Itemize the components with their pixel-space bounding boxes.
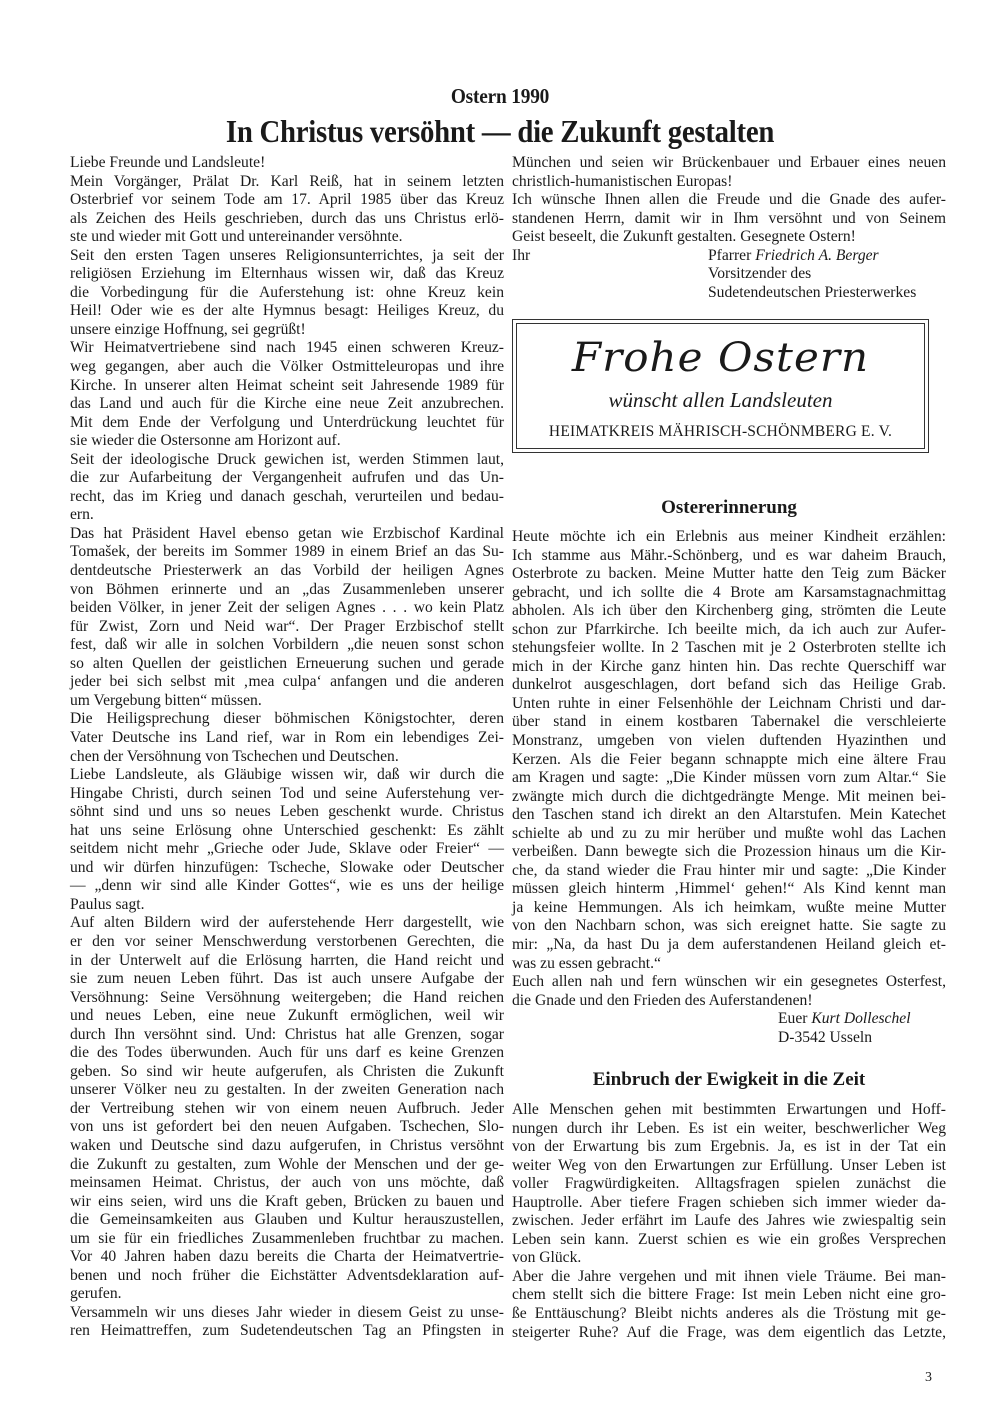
text-line: die Vorbedingung für die Auferstehung is… xyxy=(70,284,504,303)
text-line: geben. So sind wir heute aufgerufen, als… xyxy=(70,1063,504,1082)
text-line: fest, daß wir alle in solchen Vorbildern… xyxy=(70,636,504,655)
text-line: Seit der ideologische Druck gewichen ist… xyxy=(70,451,504,470)
text-line: Seit den ersten Tagen unseres Religionsu… xyxy=(70,247,504,266)
text-line: Versammeln wir uns dieses Jahr wieder in… xyxy=(70,1304,504,1323)
signature-role: Vorsitzender des xyxy=(512,265,946,284)
text-line: Paulus sagt. xyxy=(70,896,504,915)
greeting-organization: HEIMATKREIS MÄHRISCH-SCHÖNMBERG E. V. xyxy=(517,423,924,441)
text-line: zwängte mich durch die dichtgedrängte Me… xyxy=(512,788,946,807)
text-line: von den Nachbarn schon, was sich ereigne… xyxy=(512,917,946,936)
text-line: unsere einzige Hoffnung, sei gegrüßt! xyxy=(70,321,504,340)
easter-greeting-box: Frohe Ostern wünscht allen Landsleuten H… xyxy=(512,319,929,453)
text-line: ste und wieder mit Gott und untereinande… xyxy=(70,228,504,247)
page-kicker: Ostern 1990 xyxy=(40,84,960,109)
text-line: die Gnade und den Frieden des Auferstand… xyxy=(512,992,946,1011)
text-line: das Land und auch für die Kirche eine ne… xyxy=(70,395,504,414)
text-line: er den vor seiner Menschwerdung verstorb… xyxy=(70,933,504,952)
text-line: von der Erwartung bis zum Ergebnis. Ja, … xyxy=(512,1138,946,1157)
text-line: in der Unterwelt auf die Erlösung harrte… xyxy=(70,952,504,971)
text-line: beiden Völker, in jener Zeit der seligen… xyxy=(70,599,504,618)
text-line: was zu essen gebracht.“ xyxy=(512,955,946,974)
signature-name: Friedrich A. Berger xyxy=(755,247,878,264)
text-line: hat uns seine Erlösung ohne Unterschied … xyxy=(70,822,504,841)
letter-signature: IhrPfarrer Friedrich A. Berger xyxy=(512,247,946,266)
text-line: und neues Leben, eine neue Zukunft ermög… xyxy=(70,1007,504,1026)
text-line: die Zukunft zu gestalten, zum Wohle der … xyxy=(70,1156,504,1175)
text-line: Heil! Oder wie es der alte Hymnus besagt… xyxy=(70,302,504,321)
text-line: meinsamen Heimat. Christus, der auch von… xyxy=(70,1174,504,1193)
text-line: gebracht, und ich sollte die 4 Brote am … xyxy=(512,584,946,603)
text-line: chen der Versöhnung von Tschechen und De… xyxy=(70,748,504,767)
text-line: Euch allen nah und fern wünschen wir ein… xyxy=(512,973,946,992)
text-line: söhnt sind und uns so neues Leben gesche… xyxy=(70,803,504,822)
text-line: sie zum neuen Leben führt. Das ist auch … xyxy=(70,970,504,989)
ostererinnerung-signature: Euer Kurt Dolleschel xyxy=(512,1010,946,1029)
text-line: ern. xyxy=(70,506,504,525)
text-line: dunkelrot ausgeschlagen, dort befand sic… xyxy=(512,676,946,695)
text-line: steigerter Ruhe? Auf die Frage, was dem … xyxy=(512,1324,946,1343)
signature-address: D-3542 Usseln xyxy=(778,1029,872,1046)
text-line: von Glück. xyxy=(512,1249,946,1268)
text-line: Vor 40 Jahren haben dazu bereits die Cha… xyxy=(70,1248,504,1267)
text-line: Hingabe Christi, durch seinen Tod und se… xyxy=(70,785,504,804)
text-line: Das hat Präsident Havel ebenso getan wie… xyxy=(70,525,504,544)
text-line: als Zeichen des Heils geschrieben, durch… xyxy=(70,210,504,229)
text-line: um Vergebung bitten“ müssen. xyxy=(70,692,504,711)
signature-organization: Sudetendeutschen Priesterwerkes xyxy=(512,284,946,303)
text-line: ja keine Hemmungen. Als ich heimkam, wuß… xyxy=(512,899,946,918)
text-line: seitdem nicht mehr „Grieche oder Jude, S… xyxy=(70,840,504,859)
greeting-subtitle: wünscht allen Landsleuten xyxy=(517,388,924,413)
text-line: Heute möchte ich ein Erlebnis aus meiner… xyxy=(512,528,946,547)
ostererinnerung-address: D-3542 Usseln xyxy=(512,1029,946,1048)
signature-closing: Euer xyxy=(778,1010,807,1027)
text-line: Geist beseelt, die Zukunft gestalten. Ge… xyxy=(512,228,946,247)
text-line: Osterbrief vor seinem Tode am 17. April … xyxy=(70,191,504,210)
signature-role-line-2: Sudetendeutschen Priesterwerkes xyxy=(708,284,916,301)
signature-role-line-1: Vorsitzender des xyxy=(708,265,811,282)
text-line: so alten Quellen der geistlichen Erneuer… xyxy=(70,655,504,674)
text-line: weiter Weg von den Erwartungen zur Erfül… xyxy=(512,1157,946,1176)
text-line: standenen Herrn, damit wir in Ihm versöh… xyxy=(512,210,946,229)
text-line: jeder bei sich selbst mit ‚mea culpa‘ an… xyxy=(70,673,504,692)
text-line: um sie für ein friedliches Zusammenleben… xyxy=(70,1230,504,1249)
text-line: ße Enttäuschung? Bleibt nichts anderes a… xyxy=(512,1305,946,1324)
text-line: von Böhmen erinnerte und an „das Zusamme… xyxy=(70,581,504,600)
text-line: Kerzen. Als die Feier begann schnappte m… xyxy=(512,751,946,770)
signature-title: Pfarrer xyxy=(708,247,751,264)
text-line: Mein Vorgänger, Prälat Dr. Karl Reiß, ha… xyxy=(70,173,504,192)
text-line: verbeißen. Dann bewegte sich die Prozess… xyxy=(512,843,946,862)
text-line: die des Todes überwunden. Auch für uns d… xyxy=(70,1044,504,1063)
text-line: Aber die Jahre vergehen und mit ihnen vi… xyxy=(512,1268,946,1287)
text-line: die zur Aufarbeitung der Vergangenheit a… xyxy=(70,469,504,488)
article-einbruch-der-ewigkeit: Alle Menschen gehen mit bestimmten Erwar… xyxy=(512,1101,946,1342)
text-line: Monstranz, umgeben von vielen duftenden … xyxy=(512,732,946,751)
text-line: nungen durch ihr Leben. Es ist ein weite… xyxy=(512,1120,946,1139)
text-line: unserer Völker neu zu gestalten. In der … xyxy=(70,1081,504,1100)
text-line: waken und Deutsche sind dazu aufgerufen,… xyxy=(70,1137,504,1156)
text-line: Mit dem Ende der Verfolgung und Unterdrü… xyxy=(70,414,504,433)
text-line: Auf alten Bildern wird der auferstehende… xyxy=(70,914,504,933)
text-line: wir eins seien, wird uns die Kraft geben… xyxy=(70,1193,504,1212)
text-line: chem stellt sich die bittere Frage: Ist … xyxy=(512,1286,946,1305)
text-line: Vater Deutsche ins Land rief, war in Rom… xyxy=(70,729,504,748)
text-line: München und seien wir Brückenbauer und E… xyxy=(512,154,946,173)
text-line: Osterbrote zu backen. Meine Mutter hatte… xyxy=(512,565,946,584)
text-line: recht, das im Krieg und danach geschah, … xyxy=(70,488,504,507)
text-line: benen und noch früher die Eichstätter Ad… xyxy=(70,1267,504,1286)
text-line: für Zwist, Zorn und Neid war“. Der Prage… xyxy=(70,618,504,637)
text-line: voller Fragwürdigkeiten. Alltagsfragen s… xyxy=(512,1175,946,1194)
text-line: Ich wünsche Ihnen allen die Freude und d… xyxy=(512,191,946,210)
text-line: abholen. Als ich über den Kirchenberg gi… xyxy=(512,602,946,621)
text-line: christlich-humanistischen Europas! xyxy=(512,173,946,192)
text-line: gerufen. xyxy=(70,1285,504,1304)
text-line: schon zur Pfarrkirche. Ich beeilte mich,… xyxy=(512,621,946,640)
signature-name: Kurt Dolleschel xyxy=(811,1010,910,1027)
page-title: In Christus versöhnt — die Zukunft gesta… xyxy=(50,113,950,150)
greeting-script-headline: Frohe Ostern xyxy=(507,324,934,380)
text-line: Unten ruhte in einer Felsenhöhle der Lei… xyxy=(512,695,946,714)
heading-ostererinnerung: Ostererinnerung xyxy=(512,497,946,519)
text-line: Alle Menschen gehen mit bestimmten Erwar… xyxy=(512,1101,946,1120)
text-line: Liebe Freunde und Landsleute! xyxy=(70,154,504,173)
text-line: müssen gleich hinterm ‚Himmel‘ gehen!“ A… xyxy=(512,880,946,899)
text-line: Tomašek, der bereits im Sommer 1989 in e… xyxy=(70,543,504,562)
signature-closing: Ihr xyxy=(512,247,708,266)
text-line: und wir dürfen hinzufügen: Tscheche, Slo… xyxy=(70,859,504,878)
text-line: Versöhnung: Seine Versöhnung weitergeben… xyxy=(70,989,504,1008)
text-line: sie wieder die Ostersonne am Horizont au… xyxy=(70,432,504,451)
right-column-letter-end: München und seien wir Brückenbauer und E… xyxy=(512,154,946,302)
text-line: religiösen Erziehung im Elternhaus wisse… xyxy=(70,265,504,284)
text-line: — „denn wir sind alle Kinder Gottes“, wi… xyxy=(70,877,504,896)
text-line: weg gegangen, aber auch die Völker Ostmi… xyxy=(70,358,504,377)
text-line: am Kragen und sagte: „Die Kinder müssen … xyxy=(512,769,946,788)
text-line: Liebe Landsleute, als Gläubige wissen wi… xyxy=(70,766,504,785)
text-line: den Taschen stand ich direkt an den Alta… xyxy=(512,806,946,825)
greeting-box-inner-frame: Frohe Ostern wünscht allen Landsleuten H… xyxy=(516,323,925,449)
article-ostererinnerung: Heute möchte ich ein Erlebnis aus meiner… xyxy=(512,528,946,1047)
left-column-article: Liebe Freunde und Landsleute! Mein Vorgä… xyxy=(70,154,504,1341)
text-line: Die Heiligsprechung dieser böhmischen Kö… xyxy=(70,710,504,729)
text-line: mich in der Kirche ganz hinten hin. Das … xyxy=(512,658,946,677)
text-line: von uns ist gefordert bei den neuen Aufg… xyxy=(70,1118,504,1137)
page-number: 3 xyxy=(925,1370,932,1386)
text-line: zwischen. Jeder erfährt im Laufe des Jah… xyxy=(512,1212,946,1231)
text-line: Wir Heimatvertriebene sind nach 1945 ein… xyxy=(70,339,504,358)
text-line: durch Ihn versöhnt sind. Und: Christus h… xyxy=(70,1026,504,1045)
text-line: dentdeutsche Priesterwerk an das Vorbild… xyxy=(70,562,504,581)
text-line: Leben sein kann. Zuerst schien es wie ei… xyxy=(512,1231,946,1250)
text-line: ren Heimattreffen, zum Sudetendeutschen … xyxy=(70,1322,504,1341)
text-line: Ich stamme aus Mähr.-Schönberg, und es w… xyxy=(512,547,946,566)
text-line: schielte ab und zu zu mir herüber und mu… xyxy=(512,825,946,844)
text-line: der Vertreibung stehen wir von einem neu… xyxy=(70,1100,504,1119)
text-line: mir: „Na, da hast Du ja dem auferstanden… xyxy=(512,936,946,955)
text-line: stehungsfeier wollte. In 2 Taschen mit j… xyxy=(512,639,946,658)
text-line: che, da stand wieder die Frau hinter mir… xyxy=(512,862,946,881)
text-line: Kirche. In unserer alten Heimat scheint … xyxy=(70,377,504,396)
text-line: über stand in einem kostbaren Tabernakel… xyxy=(512,713,946,732)
heading-einbruch-der-ewigkeit: Einbruch der Ewigkeit in die Zeit xyxy=(512,1069,946,1091)
text-line: die Gemeinsamkeiten aus Glauben und Kult… xyxy=(70,1211,504,1230)
text-line: Hauptrolle. Aber tiefere Fragen schieben… xyxy=(512,1194,946,1213)
